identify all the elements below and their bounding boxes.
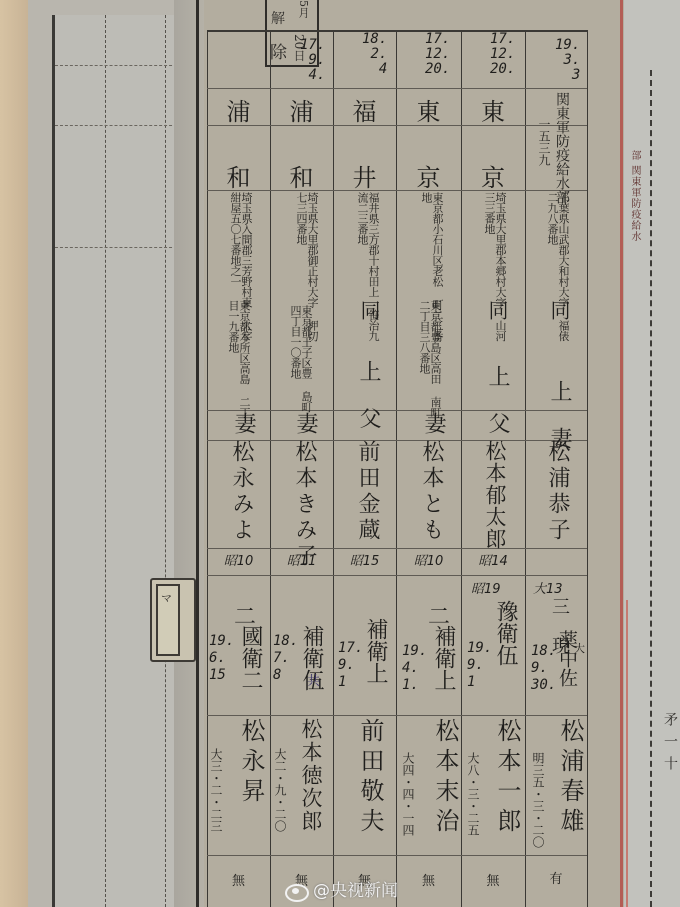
rank: 補衛上 — [360, 618, 391, 684]
status: 無 — [207, 870, 270, 889]
address-current: 同 — [545, 300, 574, 320]
year-entry: 昭14 — [461, 550, 525, 569]
pref-bottom: 和 — [270, 158, 333, 193]
rank: 薬中佐 — [554, 630, 581, 687]
birth-date: 大八・三・二五 — [467, 752, 479, 836]
status: 有 — [525, 868, 587, 887]
rank: 國衛二 — [235, 625, 266, 691]
soldier-name: 松浦春雄 — [553, 718, 588, 838]
dashed-guide-line — [650, 70, 652, 907]
family-name: 松浦恭子 — [542, 440, 573, 544]
pref-top: 東 — [461, 92, 525, 127]
rank-suffix: 大 — [574, 640, 585, 656]
row-rule — [207, 548, 587, 549]
red-margin-line — [620, 0, 623, 907]
status: 無 — [461, 870, 525, 889]
dashed-guide-line — [55, 125, 177, 126]
birth-date: 明三五・三・二〇 — [532, 752, 544, 848]
red-margin-line — [626, 600, 628, 907]
year-entry: 昭15 — [333, 550, 396, 569]
column-rule — [525, 30, 526, 907]
pref-bottom: 京 — [461, 158, 525, 193]
stamp-bottom: 除 — [270, 38, 287, 63]
year-entry-2: 昭19 — [471, 578, 501, 597]
status: 無 — [396, 870, 461, 889]
relation: 上 父 — [482, 365, 513, 434]
relation: 上 妻 — [544, 380, 575, 449]
rank-date: 18. 7. 8 — [273, 633, 298, 684]
relation: 妻 — [290, 412, 321, 434]
soldier-name: 前田敬夫 — [353, 718, 388, 838]
index-tab-glyph: マ — [161, 590, 172, 606]
stamp-top: 解 — [271, 8, 285, 28]
entry-date: 17. 12. 20. — [425, 32, 450, 77]
rank: 補衛上 — [428, 625, 459, 691]
row-rule — [207, 88, 587, 89]
birth-date: 大四・四・一四 — [402, 752, 414, 836]
soldier-name: 松本徳次郎 — [296, 718, 326, 833]
address-current: 東京都王子区豊 島町四丁目一〇番地 — [290, 305, 312, 415]
unit-name: 関東軍防疫給水部 — [555, 92, 569, 204]
binding-gap — [174, 0, 204, 907]
family-name: 松本郁太郎 — [480, 440, 510, 550]
rank-date: 19. 4. 1. — [402, 643, 427, 694]
rank-date: 19. 6. 15 — [209, 633, 234, 684]
watermark: @央视新闻 — [283, 876, 398, 901]
family-name: 松本とも — [416, 440, 447, 544]
blank-register-sheet — [52, 15, 177, 907]
entry-date: 18. 2. 4 — [362, 32, 387, 77]
rank: 豫衛伍 — [490, 600, 521, 666]
address-current: 同 — [483, 300, 512, 320]
row-rule — [207, 575, 587, 576]
relation: 妻 — [418, 412, 449, 434]
pref-bottom: 和 — [207, 158, 270, 193]
birth-date: 大三・二・二三 — [210, 748, 222, 832]
stamp-month: 5月 — [295, 0, 311, 18]
address-current: 同 — [355, 300, 384, 360]
pref-top: 浦 — [270, 92, 333, 127]
pref-bottom: 井 — [333, 158, 396, 193]
year-entry: 昭11 — [270, 550, 333, 569]
unit-code: 一五三九 — [536, 118, 553, 166]
rank-date: 17. 9. 1 — [338, 640, 363, 691]
soldier-name: 松本末治 — [428, 718, 463, 838]
pref-top: 浦 — [207, 92, 270, 127]
soldier-name: 松永昇 — [234, 718, 269, 808]
dashed-guide-line — [55, 65, 177, 66]
margin-note-top: 部 関東軍防疫給水 — [627, 150, 642, 242]
row-rule — [207, 410, 587, 411]
row-rule — [207, 715, 587, 716]
rank-date: 18. 9. 30. — [531, 643, 556, 694]
pref-top: 東 — [396, 92, 461, 127]
address-current: 東京都本所区高島 二丁目一九番地 — [228, 300, 250, 420]
entry-date: 19. 3. 3 — [555, 38, 580, 83]
year-entry: 大13 — [533, 578, 563, 597]
rank-extra: 共 — [307, 670, 320, 689]
row-rule — [207, 30, 587, 32]
binding-spine — [196, 0, 199, 907]
address-current: 東京都豊島区高田 南町二丁目三八番地 — [419, 300, 441, 420]
entry-date: 17. 12. 20. — [490, 32, 515, 77]
row-rule — [207, 855, 587, 856]
pref-bottom: 京 — [396, 158, 461, 193]
dashed-guide-line — [105, 15, 106, 907]
relation: 上 父 — [353, 360, 384, 429]
row-rule — [207, 440, 587, 441]
year-entry: 昭10 — [207, 550, 270, 569]
rank-date: 19. 9. 1 — [467, 640, 492, 691]
relation: 妻 — [228, 412, 259, 434]
pref-top: 福 — [333, 92, 396, 127]
family-name: 前田金蔵 — [352, 440, 383, 544]
family-name: 松永みよ — [226, 440, 257, 544]
year-entry: 昭10 — [396, 550, 461, 569]
birth-date: 大二・九・二〇 — [274, 748, 286, 832]
dashed-guide-line — [55, 247, 177, 248]
weibo-icon — [283, 879, 309, 899]
index-tab[interactable]: マ — [150, 578, 196, 662]
soldier-name: 松本一郎 — [490, 718, 525, 838]
entry-date: 17. 9. 4. — [300, 38, 325, 83]
dashed-guide-line — [165, 15, 166, 907]
watermark-text: @央视新闻 — [313, 876, 398, 901]
paper-edge — [0, 0, 28, 907]
margin-note: 矛一十 — [664, 712, 680, 778]
